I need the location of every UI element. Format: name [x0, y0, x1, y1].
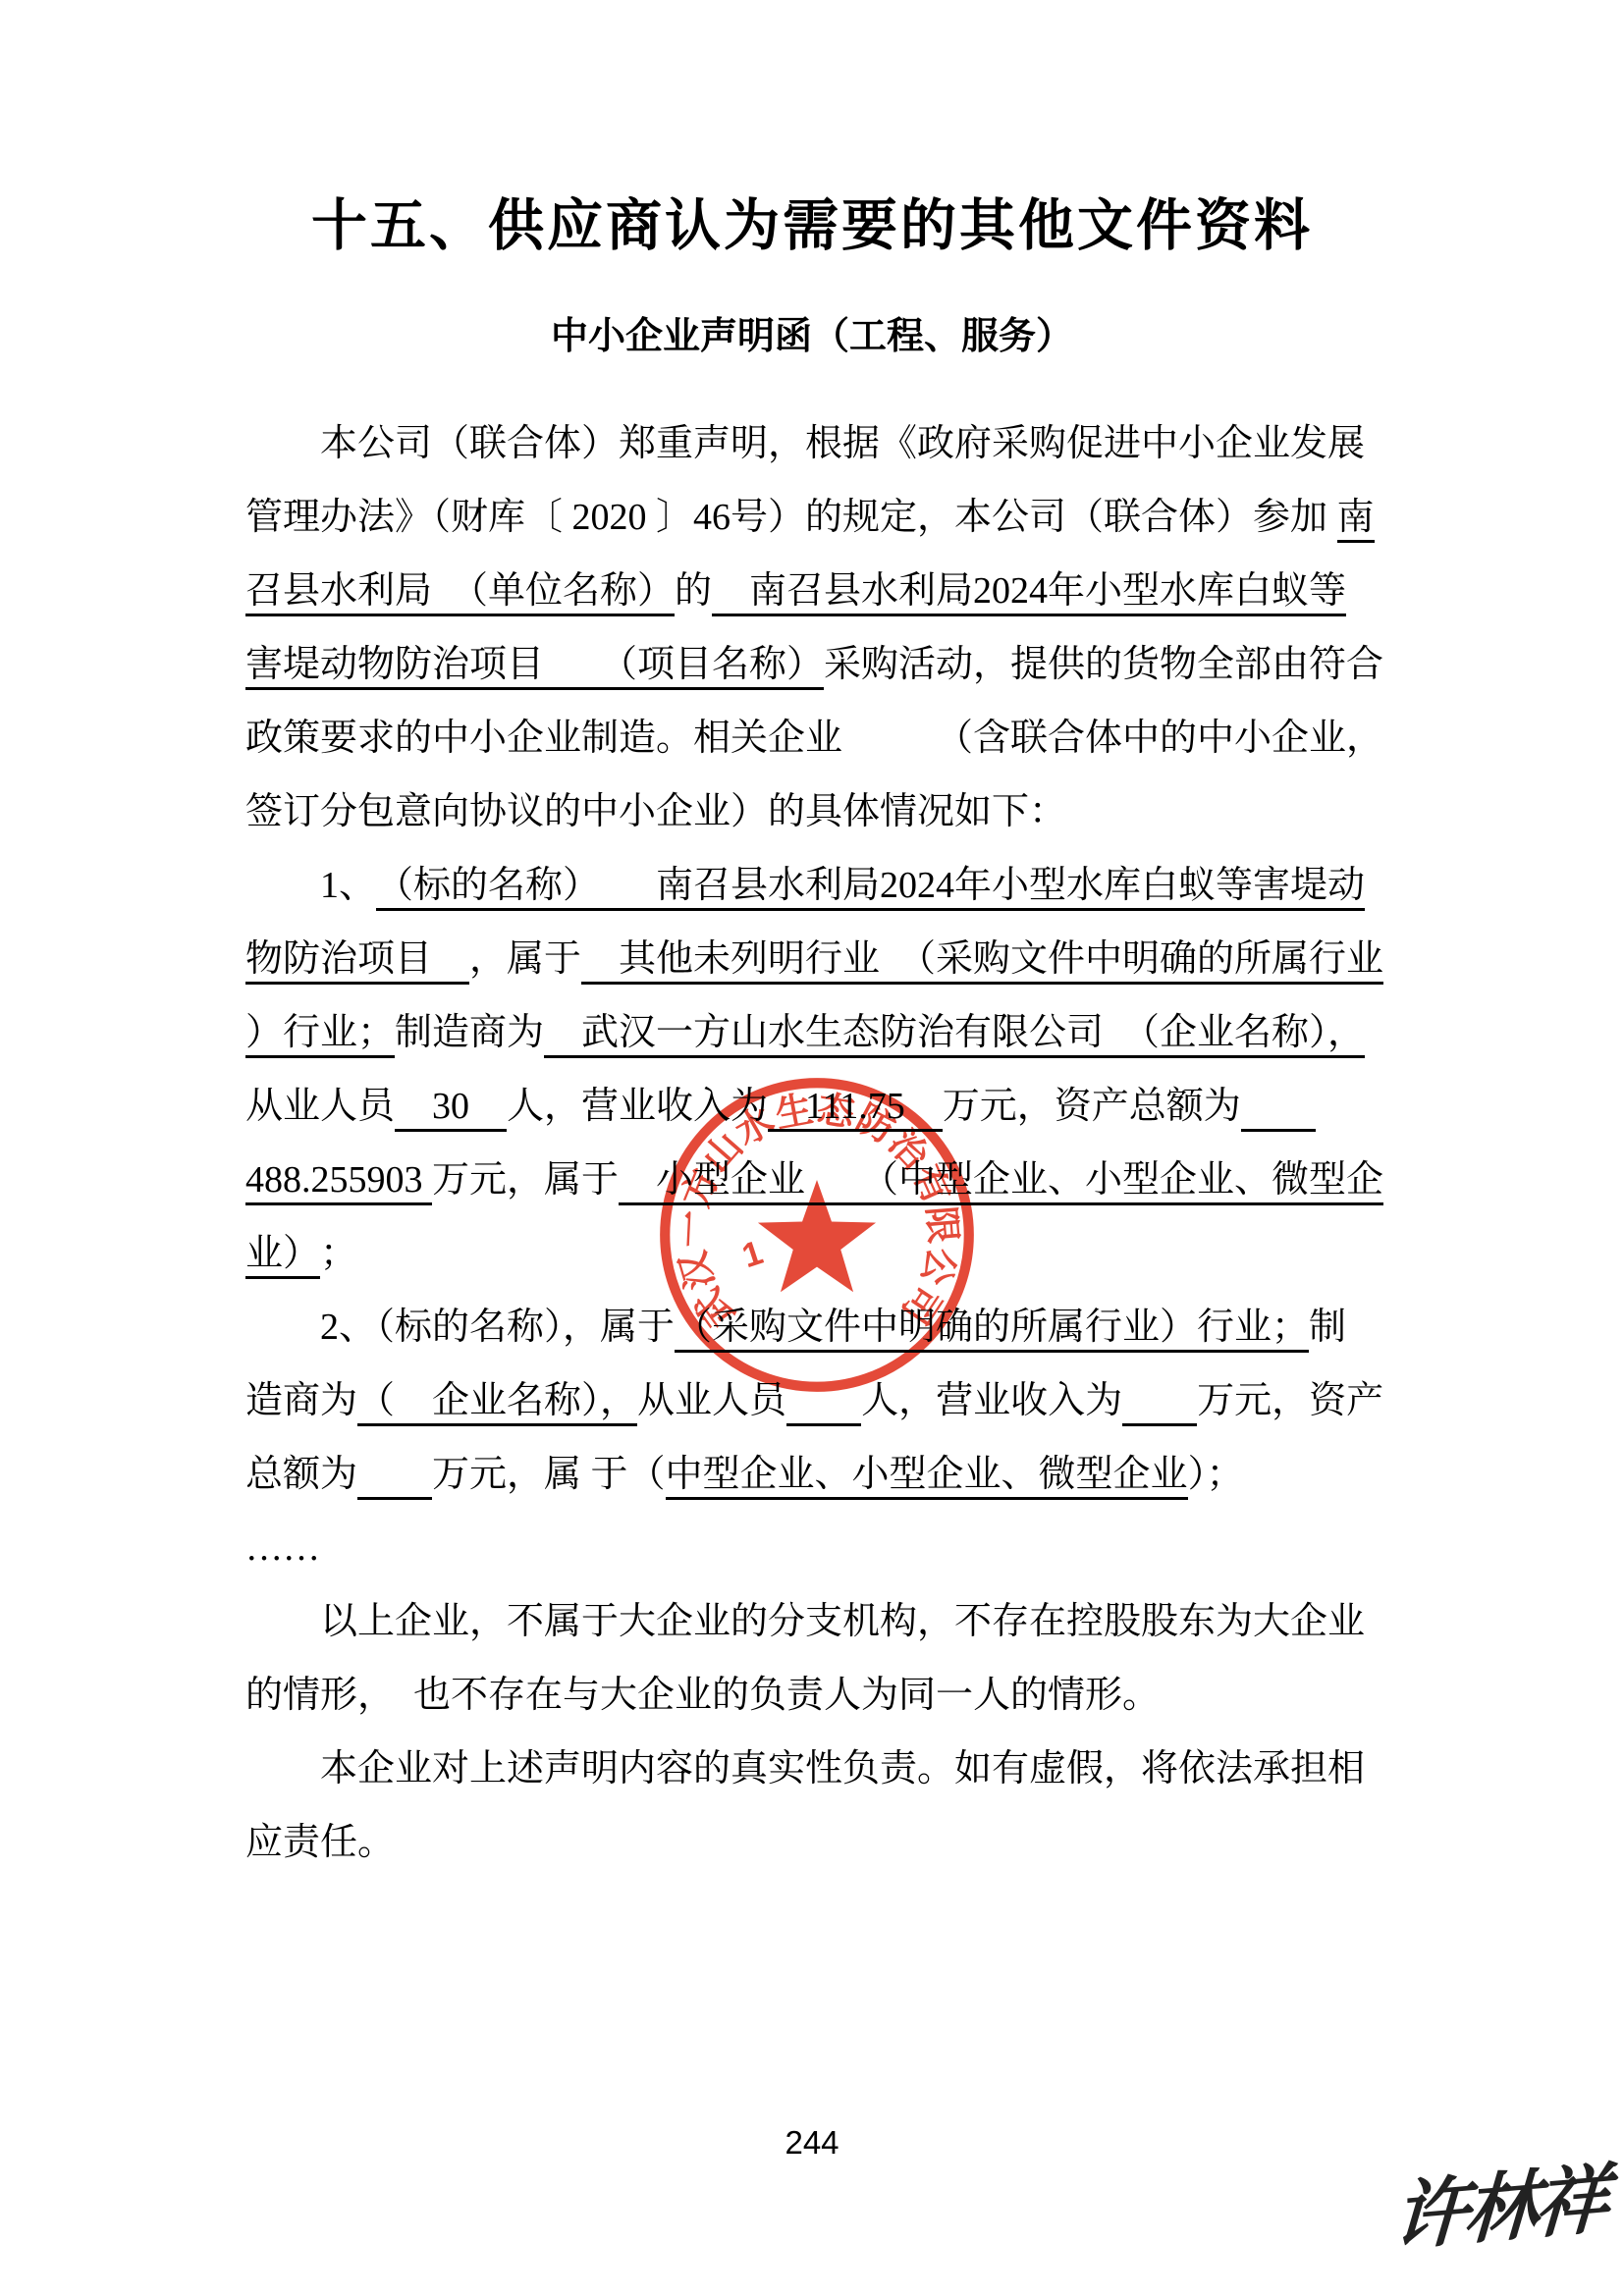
- body-line: 管理办法》（财库〔 2020 〕46号）的规定，本公司（联合体）参加 南: [245, 481, 1414, 555]
- body-text-segment: 造商为: [245, 1378, 357, 1423]
- seal-graphic: 武汉一方山水生态防治有限公司 1: [652, 1070, 982, 1400]
- filled-blank-text: （ 企业名称），: [357, 1378, 637, 1426]
- body-text-segment: 管理办法》（财库〔 2020 〕46号）的规定，本公司（联合体）参加: [245, 495, 1337, 540]
- filled-blank-text: 中型企业、小型企业、微型企业: [666, 1452, 1188, 1500]
- body-text-segment: 采购活动，提供的货物全部由符合: [824, 642, 1383, 687]
- body-text-segment: 的: [675, 568, 712, 614]
- body-text-segment: 以上企业，不属于大企业的分支机构，不存在控股股东为大企业: [245, 1599, 1365, 1644]
- body-line: 本公司（联合体）郑重声明，根据《政府采购促进中小企业发展: [245, 407, 1414, 481]
- filled-blank-text: （标的名称） 南召县水利局2024年小型水库白蚁等害堤动: [376, 863, 1365, 911]
- filled-blank-text: 业）: [245, 1231, 320, 1279]
- body-text-segment: 2、（标的名称），属于: [245, 1305, 675, 1350]
- filled-blank-text: 南召县水利局2024年小型水库白蚁等: [712, 568, 1346, 616]
- filled-blank-text: [357, 1452, 432, 1500]
- body-line: 政策要求的中小企业制造。相关企业 （含联合体中的中小企业，: [245, 702, 1414, 775]
- body-line: 1、（标的名称） 南召县水利局2024年小型水库白蚁等害堤动: [245, 849, 1414, 923]
- document-subtitle: 中小企业声明函（工程、服务）: [0, 318, 1624, 355]
- filled-blank-text: 武汉一方山水生态防治有限公司 （企业名称），: [544, 1010, 1365, 1058]
- body-line: 本企业对上述声明内容的真实性负责。如有虚假，将依法承担相: [245, 1733, 1414, 1806]
- seal-number: 1: [737, 1234, 767, 1275]
- body-text-segment: 签订分包意向协议的中小企业）的具体情况如下：: [245, 789, 1066, 834]
- body-text-segment: 总额为: [245, 1452, 357, 1497]
- body-text-segment: ，属于: [469, 936, 581, 982]
- body-text-segment: 的情形， 也不存在与大企业的负责人为同一人的情形。: [245, 1673, 1160, 1718]
- filled-blank-text: ）行业；: [245, 1010, 395, 1058]
- body-line: 签订分包意向协议的中小企业）的具体情况如下：: [245, 775, 1414, 849]
- body-text-segment: 从业人员: [245, 1084, 395, 1129]
- body-text-segment: 应责任。: [245, 1820, 395, 1865]
- page-title: 十五、供应商认为需要的其他文件资料: [0, 198, 1624, 254]
- filled-blank-text: 其他未列明行业 （采购文件中明确的所属行业: [581, 936, 1383, 985]
- handwritten-signature: 许林祥: [1391, 2137, 1624, 2266]
- body-text-segment: 制造商为: [395, 1010, 544, 1055]
- company-seal-stamp: 武汉一方山水生态防治有限公司 1: [652, 1070, 982, 1400]
- body-line: 总额为 万元，属 于（中型企业、小型企业、微型企业）；: [245, 1438, 1414, 1512]
- body-text-segment: 万元，资产: [1197, 1378, 1383, 1423]
- filled-blank-text: 害堤动物防治项目 （项目名称）: [245, 642, 824, 690]
- filled-blank-text: 488.255903: [245, 1157, 432, 1205]
- body-text-segment: 万元，资产总额为: [943, 1084, 1241, 1129]
- body-line: 以上企业，不属于大企业的分支机构，不存在控股股东为大企业: [245, 1585, 1414, 1659]
- body-line: 物防治项目 ，属于 其他未列明行业 （采购文件中明确的所属行业: [245, 923, 1414, 996]
- body-text-segment: 制: [1309, 1305, 1346, 1350]
- page-number: 244: [0, 2124, 1624, 2162]
- body-line: 害堤动物防治项目 （项目名称）采购活动，提供的货物全部由符合: [245, 628, 1414, 702]
- body-text-segment: ）；: [1188, 1452, 1244, 1497]
- seal-star-icon: [758, 1180, 876, 1292]
- body-text-segment: 万元，属 于（: [432, 1452, 666, 1497]
- filled-blank-text: [1122, 1378, 1197, 1426]
- filled-blank-text: [1241, 1084, 1316, 1132]
- body-line: 的情形， 也不存在与大企业的负责人为同一人的情形。: [245, 1659, 1414, 1733]
- body-text-segment: 万元，属于: [432, 1157, 619, 1202]
- body-text-segment: 本公司（联合体）郑重声明，根据《政府采购促进中小企业发展: [245, 421, 1365, 466]
- body-text-segment: ；: [320, 1231, 357, 1276]
- body-text-segment: ……: [245, 1525, 320, 1571]
- body-line: 召县水利局 （单位名称）的 南召县水利局2024年小型水库白蚁等: [245, 555, 1414, 628]
- body-text-segment: 1、: [245, 863, 376, 908]
- body-line: 应责任。: [245, 1806, 1414, 1880]
- body-line: ……: [245, 1512, 1414, 1585]
- filled-blank-text: 南: [1337, 495, 1375, 543]
- body-text-segment: 政策要求的中小企业制造。相关企业 （含联合体中的中小企业，: [245, 716, 1383, 761]
- body-line: ）行业；制造商为 武汉一方山水生态防治有限公司 （企业名称），: [245, 996, 1414, 1070]
- body-text-segment: 本企业对上述声明内容的真实性负责。如有虚假，将依法承担相: [245, 1746, 1365, 1791]
- filled-blank-text: 30: [395, 1084, 507, 1132]
- filled-blank-text: 召县水利局 （单位名称）: [245, 568, 675, 616]
- filled-blank-text: 物防治项目: [245, 936, 469, 985]
